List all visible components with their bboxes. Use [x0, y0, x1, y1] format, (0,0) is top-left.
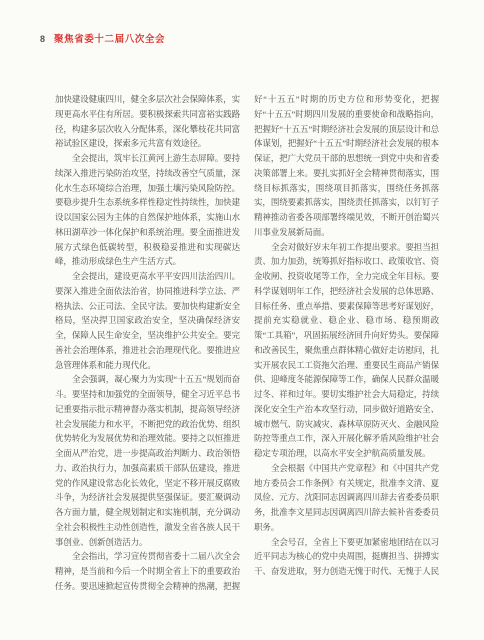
- article-paragraph: 全会对做好岁末年初工作提出要求。要担当担责、加力加劲，统筹抓好指标收口、政策收官…: [254, 240, 439, 461]
- article-paragraph: 加快建设健康四川，健全多层次社会保障体系，实现更高水平住有所居。要积极探索共同富…: [55, 92, 240, 151]
- section-title: 聚焦省委十二届八次全会: [54, 31, 165, 45]
- article-paragraph: 全会提出，筑牢长江黄河上游生态屏障。要持续深入推进污染防治攻坚，持续改善空气质量…: [55, 151, 240, 269]
- article-paragraph: 全会提出，建设更高水平平安四川法治四川。要深入推进全面依法治省，协同推进科学立法…: [55, 269, 240, 372]
- article-body: 加快建设健康四川，健全多层次社会保障体系，实现更高水平住有所居。要积极探索共同富…: [55, 92, 439, 598]
- article-paragraph: 全会强调，凝心聚力为实现“十五五”规划而奋斗。要坚持和加强党的全面领导，健全习近…: [55, 372, 240, 549]
- magazine-page: 8 聚焦省委十二届八次全会 加快建设健康四川，健全多层次社会保障体系，实现更高水…: [0, 0, 484, 640]
- article-paragraph: 全会根据《中国共产党章程》和《中国共产党地方委员会工作条例》有关规定，批准李文清…: [254, 461, 439, 535]
- page-header: 8 聚焦省委十二届八次全会: [40, 31, 165, 45]
- page-number: 8: [40, 34, 45, 44]
